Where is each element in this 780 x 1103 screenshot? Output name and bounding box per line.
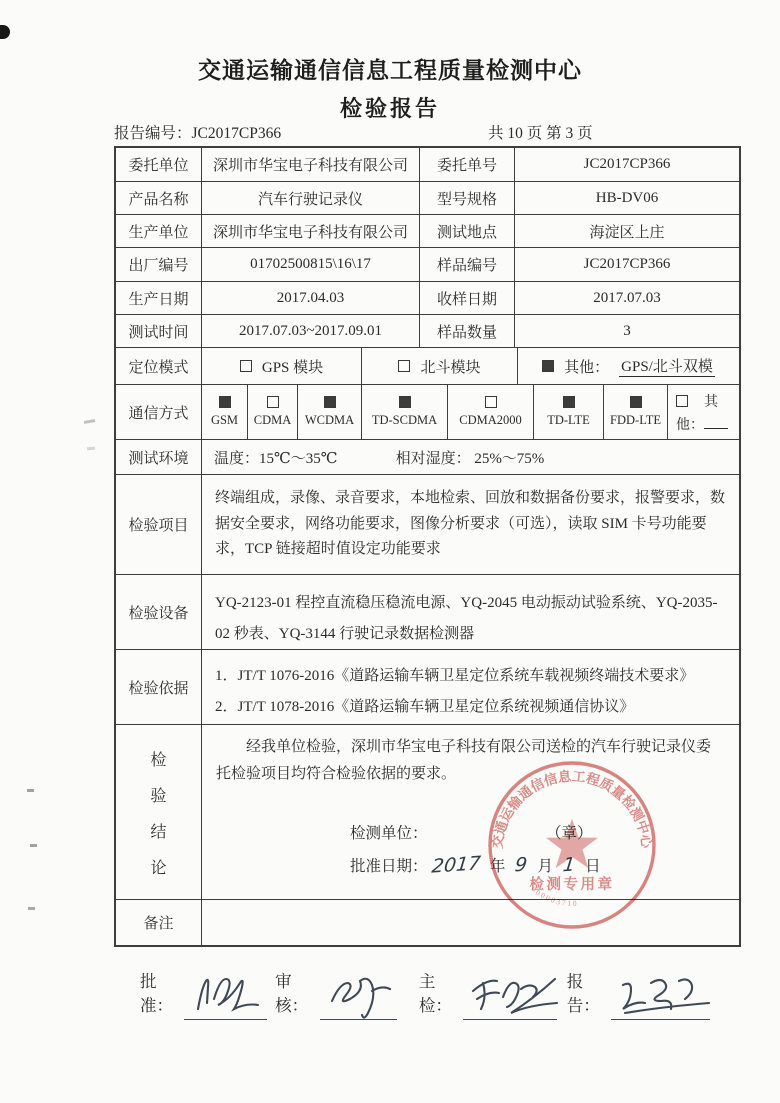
equipment-text: YQ-2123-01 程控直流稳压稳流电源、YQ-2045 电动振动试验系统、Y… <box>202 575 739 649</box>
row-value: 汽车行驶记录仪 <box>202 182 420 214</box>
report-page: 交通运输通信信息工程质量检测中心 检验报告 报告编号：JC2017CP366 共… <box>0 0 780 1103</box>
comm-option-td-scdma: TD-SCDMA <box>362 385 448 439</box>
option-label: GSM <box>211 413 238 428</box>
row-label: 产品名称 <box>116 182 202 214</box>
report-signature-group: 报告： <box>567 968 710 1020</box>
checkbox-icon <box>219 396 231 408</box>
table-row: 出厂编号 01702500815\16\17 样品编号 JC2017CP366 <box>116 248 739 282</box>
comm-option-other: 其 他： <box>668 385 739 439</box>
comm-option-td-lte: TD-LTE <box>534 385 604 439</box>
row-label: 备注 <box>116 900 202 945</box>
row-value: 3 <box>515 315 739 347</box>
report-number-value: JC2017CP366 <box>192 125 282 142</box>
option-label: 他： <box>676 418 704 433</box>
row-label: 测试时间 <box>116 315 202 347</box>
row-label: 委托单位 <box>116 148 202 181</box>
label-char: 检 <box>150 747 166 770</box>
basis-line-2: 2．JT/T 1078-2016《道路运输车辆卫星定位系统视频通信协议》 <box>215 692 726 723</box>
row-label: 检验项目 <box>116 475 202 574</box>
scan-artifact <box>84 419 95 424</box>
row-value: 深圳市华宝电子科技有限公司 <box>202 215 420 247</box>
option-label: 其 <box>704 391 718 411</box>
chief-signature <box>463 968 556 1020</box>
scan-artifact <box>87 447 95 451</box>
option-label: WCDMA <box>305 413 354 428</box>
report-table: 委托单位 深圳市华宝电子科技有限公司 委托单号 JC2017CP366 产品名称… <box>114 146 741 947</box>
row-label: 样品编号 <box>420 248 515 281</box>
label-char: 验 <box>150 783 166 806</box>
scan-artifact <box>27 789 34 792</box>
row-label: 测试地点 <box>420 215 515 247</box>
option-label: FDD-LTE <box>610 413 661 428</box>
basis-row: 检验依据 1．JT/T 1076-2016《道路运输车辆卫星定位系统车载视频终端… <box>116 650 739 725</box>
label-char: 结 <box>150 819 166 842</box>
table-row: 产品名称 汽车行驶记录仪 型号规格 HB-DV06 <box>116 182 739 215</box>
row-label: 型号规格 <box>420 182 515 214</box>
env-humidity: 相对湿度： 25%～75% <box>396 447 545 468</box>
table-row: 委托单位 深圳市华宝电子科技有限公司 委托单号 JC2017CP366 <box>116 148 739 182</box>
basis-text: 1．JT/T 1076-2016《道路运输车辆卫星定位系统车载视频终端技术要求》… <box>202 650 739 724</box>
positioning-option-beidou: 北斗模块 <box>362 348 518 384</box>
option-value: GPS/北斗双模 <box>619 355 715 377</box>
comm-option-cdma2000: CDMA2000 <box>448 385 534 439</box>
handwritten-day: 1 <box>562 854 577 877</box>
checkbox-icon <box>398 360 410 372</box>
center-title: 交通运输通信信息工程质量检测中心 <box>0 52 780 85</box>
review-signature <box>320 968 397 1020</box>
checkbox-icon <box>267 396 279 408</box>
seal-hint: （章） <box>546 821 593 843</box>
report-signature <box>611 968 710 1020</box>
equipment-row: 检验设备 YQ-2123-01 程控直流稳压稳流电源、YQ-2045 电动振动试… <box>116 575 739 650</box>
approve-signature <box>184 968 267 1020</box>
pagination: 共 10 页 第 3 页 <box>488 121 593 143</box>
checkbox-icon <box>676 395 688 407</box>
chief-signature-group: 主检： <box>419 968 557 1020</box>
env-temperature: 温度：15℃～35℃ <box>214 447 338 468</box>
handwritten-year: 2017 <box>430 852 481 877</box>
conclusion-content: 经我单位检验，深圳市华宝电子科技有限公司送检的汽车行驶记录仪委托检验项目均符合检… <box>202 725 739 899</box>
report-title: 检验报告 <box>0 92 780 123</box>
row-label: 收样日期 <box>420 282 515 314</box>
checkbox-icon <box>542 360 554 372</box>
row-label: 样品数量 <box>420 315 515 347</box>
approve-signature-group: 批准： <box>140 968 267 1020</box>
row-label: 定位模式 <box>116 348 202 384</box>
approve-label: 批准： <box>140 968 184 1020</box>
checkbox-icon <box>485 396 497 408</box>
table-row: 生产单位 深圳市华宝电子科技有限公司 测试地点 海淀区上庄 <box>116 215 739 248</box>
row-label: 生产日期 <box>116 282 202 314</box>
items-text: 终端组成，录像、录音要求，本地检索、回放和数据备份要求，报警要求，数据安全要求，… <box>202 475 739 574</box>
signature-row: 批准： 审核： 主检： 报告： <box>140 968 710 1020</box>
row-label: 测试环境 <box>116 440 202 474</box>
option-label: TD-SCDMA <box>372 413 437 428</box>
table-row: 生产日期 2017.04.03 收样日期 2017.07.03 <box>116 282 739 315</box>
row-value: 01702500815\16\17 <box>202 248 420 281</box>
review-signature-group: 审核： <box>275 968 397 1020</box>
option-label: 其他： <box>564 356 609 377</box>
env-row: 测试环境 温度：15℃～35℃ 相对湿度： 25%～75% <box>116 440 739 475</box>
remark-value <box>202 900 739 945</box>
chief-label: 主检： <box>419 968 463 1020</box>
option-label: 北斗模块 <box>420 356 480 377</box>
row-value: 2017.07.03 <box>515 282 739 314</box>
comm-option-fdd-lte: FDD-LTE <box>604 385 668 439</box>
row-label-vertical: 检 验 结 论 <box>116 725 202 899</box>
blank-line <box>704 417 728 429</box>
conclusion-row: 检 验 结 论 经我单位检验，深圳市华宝电子科技有限公司送检的汽车行驶记录仪委托… <box>116 725 739 900</box>
row-value: 海淀区上庄 <box>515 215 739 247</box>
row-label: 检验设备 <box>116 575 202 649</box>
positioning-option-other: 其他： GPS/北斗双模 <box>518 348 739 384</box>
row-label: 检验依据 <box>116 650 202 724</box>
approval-date: 批准日期：2017年9月1日 <box>350 854 607 876</box>
row-value: 2017.04.03 <box>202 282 420 314</box>
row-value: HB-DV06 <box>515 182 739 214</box>
comm-option-gsm: GSM <box>202 385 248 439</box>
checkbox-icon <box>399 396 411 408</box>
basis-line-1: 1．JT/T 1076-2016《道路运输车辆卫星定位系统车载视频终端技术要求》 <box>215 661 726 692</box>
test-unit-label: 检测单位： <box>350 821 428 843</box>
option-label: CDMA <box>254 413 292 428</box>
comm-option-cdma: CDMA <box>248 385 298 439</box>
positioning-row: 定位模式 GPS 模块 北斗模块 其他： GPS/北斗双模 <box>116 348 739 385</box>
scan-artifact <box>0 25 10 39</box>
row-value: 2017.07.03~2017.09.01 <box>202 315 420 347</box>
month-unit: 月 <box>537 858 553 875</box>
day-unit: 日 <box>585 858 601 875</box>
row-value: JC2017CP366 <box>515 248 739 281</box>
report-number-label: 报告编号： <box>114 125 192 142</box>
report-number: 报告编号：JC2017CP366 <box>114 121 281 143</box>
handwritten-month: 9 <box>514 854 529 877</box>
checkbox-icon <box>563 396 575 408</box>
checkbox-icon <box>630 396 642 408</box>
table-row: 测试时间 2017.07.03~2017.09.01 样品数量 3 <box>116 315 739 348</box>
review-label: 审核： <box>275 968 319 1020</box>
row-value: 深圳市华宝电子科技有限公司 <box>202 148 420 181</box>
row-value: JC2017CP366 <box>515 148 739 181</box>
option-label: GPS 模块 <box>262 356 323 377</box>
report-header: 交通运输通信信息工程质量检测中心 检验报告 <box>0 52 780 123</box>
remark-row: 备注 <box>116 900 739 945</box>
row-label: 通信方式 <box>116 385 202 439</box>
row-label: 生产单位 <box>116 215 202 247</box>
env-values: 温度：15℃～35℃ 相对湿度： 25%～75% <box>202 440 739 474</box>
report-label: 报告： <box>567 968 611 1020</box>
comm-option-wcdma: WCDMA <box>298 385 362 439</box>
row-label: 委托单号 <box>420 148 515 181</box>
year-unit: 年 <box>490 858 506 875</box>
positioning-option-gps: GPS 模块 <box>202 348 362 384</box>
checkbox-icon <box>240 360 252 372</box>
approval-date-label: 批准日期： <box>350 858 428 875</box>
row-label: 出厂编号 <box>116 248 202 281</box>
option-label: TD-LTE <box>547 413 590 428</box>
comm-row: 通信方式 GSM CDMA WCDMA TD-SCDMA CDMA2000 <box>116 385 739 440</box>
items-row: 检验项目 终端组成，录像、录音要求，本地检索、回放和数据备份要求，报警要求，数据… <box>116 475 739 575</box>
checkbox-icon <box>324 396 336 408</box>
label-char: 论 <box>150 855 166 878</box>
option-label: CDMA2000 <box>459 413 522 428</box>
conclusion-text: 经我单位检验，深圳市华宝电子科技有限公司送检的汽车行驶记录仪委托检验项目均符合检… <box>202 725 739 788</box>
